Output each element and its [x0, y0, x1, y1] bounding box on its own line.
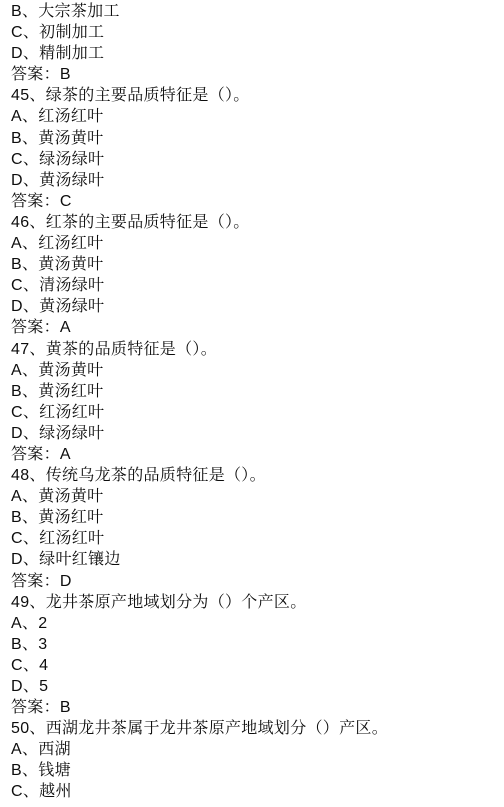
question-stem: 50、西湖龙井茶属于龙井茶原产地域划分（）产区。 — [11, 718, 498, 739]
option-line: A、黄汤黄叶 — [11, 486, 498, 507]
answer-line: 答案：A — [11, 444, 498, 465]
option-line: A、黄汤黄叶 — [11, 360, 498, 381]
quiz-lines-container: B、大宗茶加工C、初制加工D、精制加工答案：B45、绿茶的主要品质特征是（）。A… — [11, 1, 498, 803]
question-stem: 45、绿茶的主要品质特征是（）。 — [11, 85, 498, 106]
option-line: D、5 — [11, 676, 498, 697]
option-line: C、4 — [11, 655, 498, 676]
answer-line: 答案：C — [11, 191, 498, 212]
option-line: B、黄汤黄叶 — [11, 128, 498, 149]
option-line: C、越州 — [11, 781, 498, 802]
option-line: B、钱塘 — [11, 760, 498, 781]
option-line: B、3 — [11, 634, 498, 655]
option-line: A、2 — [11, 613, 498, 634]
option-line: D、黄汤绿叶 — [11, 170, 498, 191]
option-line: A、红汤红叶 — [11, 106, 498, 127]
option-line: D、精制加工 — [11, 43, 498, 64]
option-line: B、黄汤红叶 — [11, 381, 498, 402]
option-line: C、红汤红叶 — [11, 402, 498, 423]
question-stem: 47、黄茶的品质特征是（）。 — [11, 339, 498, 360]
option-line: C、绿汤绿叶 — [11, 149, 498, 170]
answer-line: 答案：B — [11, 697, 498, 718]
question-stem: 49、龙井茶原产地域划分为（）个产区。 — [11, 592, 498, 613]
answer-line: 答案：B — [11, 64, 498, 85]
option-line: A、红汤红叶 — [11, 233, 498, 254]
quiz-document-page: B、大宗茶加工C、初制加工D、精制加工答案：B45、绿茶的主要品质特征是（）。A… — [0, 0, 504, 807]
answer-line: 答案：A — [11, 317, 498, 338]
option-line: A、西湖 — [11, 739, 498, 760]
question-stem: 46、红茶的主要品质特征是（）。 — [11, 212, 498, 233]
option-line: D、绿汤绿叶 — [11, 423, 498, 444]
option-line: D、黄汤绿叶 — [11, 296, 498, 317]
option-line: B、大宗茶加工 — [11, 1, 498, 22]
question-stem: 48、传统乌龙茶的品质特征是（）。 — [11, 465, 498, 486]
option-line: B、黄汤红叶 — [11, 507, 498, 528]
option-line: C、红汤红叶 — [11, 528, 498, 549]
option-line: C、清汤绿叶 — [11, 275, 498, 296]
option-line: C、初制加工 — [11, 22, 498, 43]
answer-line: 答案：D — [11, 571, 498, 592]
option-line: D、绿叶红镶边 — [11, 549, 498, 570]
option-line: B、黄汤黄叶 — [11, 254, 498, 275]
